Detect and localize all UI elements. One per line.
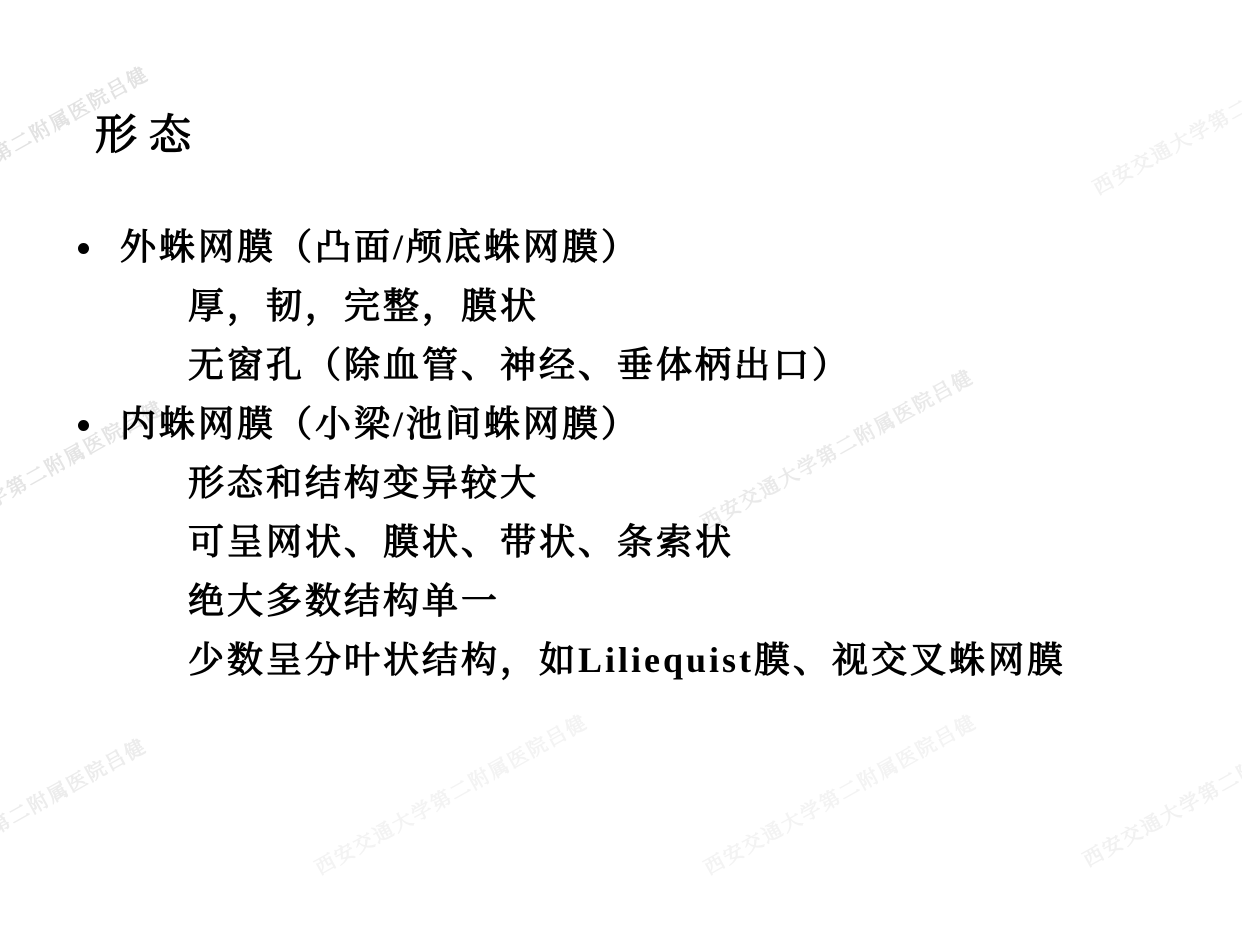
sub-line-text: 厚，韧，完整，膜状 xyxy=(188,277,539,336)
bullet-dot-icon xyxy=(78,420,89,431)
bullet-text: 外蛛网膜（凸面/颅底蛛网膜） xyxy=(120,218,640,277)
sub-line-text: 可呈网状、膜状、带状、条索状 xyxy=(188,513,734,572)
watermark-text: 西安交通大学第二附属医院吕健 xyxy=(312,712,591,879)
sub-line-text: 无窗孔（除血管、神经、垂体柄出口） xyxy=(188,336,851,395)
sub-line-single-structure: 绝大多数结构单一 xyxy=(0,572,1242,631)
sub-line-shapes: 可呈网状、膜状、带状、条索状 xyxy=(0,513,1242,572)
sub-line-no-fenestration: 无窗孔（除血管、神经、垂体柄出口） xyxy=(0,336,1242,395)
bullet-item-inner-arachnoid: 内蛛网膜（小梁/池间蛛网膜） xyxy=(0,395,1242,454)
watermark-text: 西安交通大学第二附属医院吕健 xyxy=(1090,32,1242,199)
slide: 西安交通大学第二附属医院吕健西安交通大学第二附属医院吕健西安交通大学第二附属医院… xyxy=(0,0,1242,932)
sub-line-text: 少数呈分叶状结构，如Liliequist膜、视交叉蛛网膜 xyxy=(188,631,1066,690)
sub-line-variation: 形态和结构变异较大 xyxy=(0,454,1242,513)
sub-line-thick-tough: 厚，韧，完整，膜状 xyxy=(0,277,1242,336)
content: 外蛛网膜（凸面/颅底蛛网膜） 厚，韧，完整，膜状 无窗孔（除血管、神经、垂体柄出… xyxy=(0,218,1242,690)
page-title: 形态 xyxy=(95,112,203,160)
sub-line-text: 绝大多数结构单一 xyxy=(188,572,500,631)
watermark-text: 西安交通大学第二附属医院吕健 xyxy=(0,736,150,903)
bullet-item-outer-arachnoid: 外蛛网膜（凸面/颅底蛛网膜） xyxy=(0,218,1242,277)
sub-line-lobulated: 少数呈分叶状结构，如Liliequist膜、视交叉蛛网膜 xyxy=(0,631,1242,690)
watermark-text: 西安交通大学第二附属医院吕健 xyxy=(701,712,980,879)
watermark-text: 西安交通大学第二附属医院吕健 xyxy=(1080,704,1242,871)
sub-line-text: 形态和结构变异较大 xyxy=(188,454,539,513)
bullet-text: 内蛛网膜（小梁/池间蛛网膜） xyxy=(120,395,640,454)
bullet-dot-icon xyxy=(78,243,89,254)
